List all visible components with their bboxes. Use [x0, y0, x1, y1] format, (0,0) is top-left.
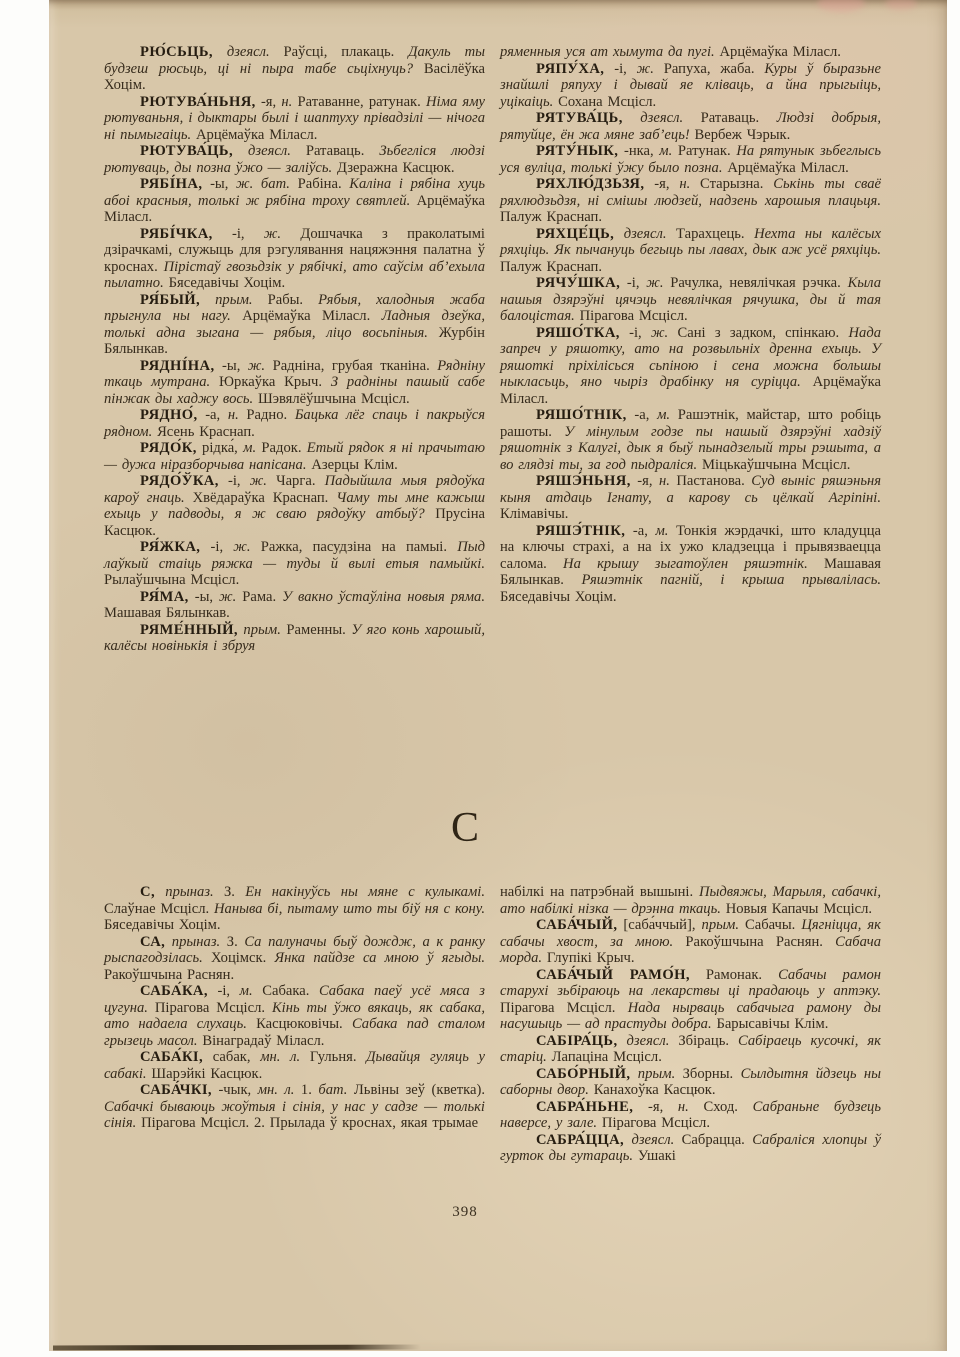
dictionary-entry: РЯШО́ТНІК, -а, м. Рашэтнік, майстар, што… — [500, 407, 881, 473]
italic-segment: м. — [657, 407, 670, 423]
roman-segment: Пірагова Мсцісл. — [597, 1115, 710, 1131]
headword: РЯ́БЫЙ, — [140, 292, 200, 308]
italic-segment: мн. л. — [258, 1082, 295, 1098]
roman-segment: Арцёмаўка Міласл. — [715, 44, 841, 60]
headword: РЮТУВА́ЦЬ, — [140, 143, 233, 159]
roman-segment: Старызна. — [690, 176, 773, 192]
dictionary-entry: РЯДНІ́НА, -ы, ж. Радніна, грубая тканіна… — [104, 358, 485, 408]
roman-segment: Пастанова. — [670, 473, 751, 489]
roman-segment: Ражка, пасудзіна на памыі. — [251, 539, 458, 555]
dictionary-entry: САБА́КА, -і, м. Сабака. Сабака паеў усё … — [104, 983, 485, 1049]
roman-segment: Новыя Капачы Мсцісл. — [721, 901, 872, 917]
italic-segment: ж. — [219, 589, 236, 605]
dictionary-entry: РЯЧУ́ШКА, -і, ж. Рачулка, невялічкая рэч… — [500, 275, 881, 325]
roman-segment: Тарахцець. — [667, 226, 755, 242]
roman-segment: Азерцы Клім. — [306, 457, 397, 473]
headword: РЯБІ́ЧКА, — [140, 226, 213, 242]
headword: РЯЧУ́ШКА, — [536, 275, 620, 291]
paper-smudge — [885, 0, 917, 10]
headword: РЯДНО́, — [140, 407, 198, 423]
roman-segment: З. — [214, 884, 246, 900]
italic-segment: н. — [679, 176, 690, 192]
headword: САБІРА́ЦЬ, — [536, 1033, 618, 1049]
roman-segment: -чык, — [212, 1082, 258, 1098]
roman-segment: Пірагова Мсцісл. — [500, 1000, 628, 1016]
roman-segment: Рабіна. — [290, 176, 349, 192]
roman-segment: Сабрацца. — [674, 1132, 752, 1148]
italic-segment: На крышу зыгатоўлен ряшэтнік. — [563, 556, 808, 572]
roman-segment: Бяседавічы Хоцім. — [500, 589, 617, 605]
roman-segment: Чарга. — [267, 473, 325, 489]
italic-segment: м. — [655, 523, 668, 539]
italic-segment: н. — [228, 407, 239, 423]
headword: САБА́ЧКІ, — [140, 1082, 212, 1098]
headword: САБРА́НЬНЕ, — [536, 1099, 633, 1115]
headword: РЯШО́ТКА, — [536, 325, 620, 341]
italic-segment: дзеясл. — [233, 143, 291, 159]
roman-segment: Палуж Краснап. — [500, 209, 602, 225]
roman-segment: Ракоўшчына Раснян. — [104, 967, 234, 983]
headword: РЯПУ́ХА, — [536, 61, 604, 77]
roman-segment: З. — [220, 934, 244, 950]
bottom-left-column: С, прыназ. З. Ен накінуўсь ны мяне с кул… — [104, 884, 485, 1165]
headword: СА, — [140, 934, 165, 950]
roman-segment: рідка́, — [197, 440, 243, 456]
headword: РЮ́СЬЦЬ, — [140, 44, 213, 60]
roman-segment: Ясень Краснап. — [152, 424, 255, 440]
headword: РЯШЭ́ТНІК, — [536, 523, 625, 539]
italic-segment: ж. — [646, 275, 663, 291]
dictionary-entry: РЯ́БЫЙ, прым. Рабы. Рябыя, халодныя жаба… — [104, 292, 485, 358]
italic-segment: м. — [243, 440, 256, 456]
dictionary-entry: САБА́КІ, сабак, мн. л. Гульня. Дывайця г… — [104, 1049, 485, 1082]
headword: РЯТУВА́ЦЬ, — [536, 110, 623, 126]
roman-segment: Рама. — [236, 589, 282, 605]
dictionary-entry: САБРА́НЬНЕ, -я, н. Сход. Сабраньне будзе… — [500, 1099, 881, 1132]
headword: РЯ́ЖКА, — [140, 539, 200, 555]
top-left-column: РЮ́СЬЦЬ, дзеясл. Раўсці, плакаць. Дакуль… — [104, 44, 485, 655]
italic-segment: прыназ. — [165, 934, 220, 950]
top-section: РЮ́СЬЦЬ, дзеясл. Раўсці, плакаць. Дакуль… — [104, 44, 882, 655]
roman-segment: Ракоўшчына Раснян. — [673, 934, 835, 950]
roman-segment: Львіны зеў (кветка). — [347, 1082, 485, 1098]
page-number: 398 — [76, 1204, 854, 1221]
bottom-right-column: набілкі на патрэбнай вышыні. Пыдвяжы, Ма… — [500, 884, 881, 1165]
roman-segment: Сход. — [689, 1099, 753, 1115]
roman-segment: -я, — [644, 176, 679, 192]
italic-segment: прыназ. — [155, 884, 214, 900]
dictionary-entry: САБА́ЧЫЙ РАМО́Н, Рамонак. Сабачы рамон с… — [500, 967, 881, 1033]
roman-segment: Рылаўшчына Мсцісл. — [104, 572, 239, 588]
italic-segment: Ряшэтнік пагній, і крыша прывалілась. — [581, 572, 881, 588]
headword: РЯДО́ЎКА, — [140, 473, 219, 489]
headword: РЯХЛЮ́ДЗЬЗЯ, — [536, 176, 644, 192]
roman-segment: Рабы. — [253, 292, 319, 308]
roman-segment: -і, — [208, 983, 240, 999]
dictionary-entry: РЯТУВА́ЦЬ, дзеясл. Ратаваць. Людзі добры… — [500, 110, 881, 143]
headword: РЯДО́К, — [140, 440, 197, 456]
dictionary-entry: САБРА́ЦЦА, дзеясл. Сабрацца. Сабраліся х… — [500, 1132, 881, 1165]
dictionary-entry: РЯДО́К, рідка́, м. Радок. Етый рядок я н… — [104, 440, 485, 473]
roman-segment: Збіраць. — [669, 1033, 738, 1049]
roman-segment: Арцёмаўка Міласл. — [722, 160, 848, 176]
roman-segment: -і, — [213, 226, 264, 242]
headword: САБА́КІ, — [140, 1049, 203, 1065]
dictionary-entry: РЯХЛЮ́ДЗЬЗЯ, -я, н. Старызна. Ськінь ты … — [500, 176, 881, 226]
roman-segment: Шарэйкі Касцюк. — [147, 1066, 263, 1082]
roman-segment: -я, — [256, 94, 282, 110]
roman-segment: сабак, — [203, 1049, 260, 1065]
roman-segment: Палуж Краснап. — [500, 259, 602, 275]
roman-segment: Шэвялёўшчына Мсцісл. — [253, 391, 410, 407]
italic-segment: дзеясл. — [213, 44, 270, 60]
dictionary-entry: РЯПУ́ХА, -і, ж. Рапуха, жаба. Куры ў быр… — [500, 61, 881, 111]
dictionary-entry: СА, прыназ. З. Са палуначы быў дождж, а … — [104, 934, 485, 984]
italic-segment: н. — [678, 1099, 689, 1115]
roman-segment: Клімавічы. — [500, 506, 568, 522]
roman-segment: Радно. — [239, 407, 295, 423]
roman-segment: -а, — [198, 407, 228, 423]
roman-segment: Міцькаўшчына Мсцісл. — [697, 457, 850, 473]
entry-continuation: набілкі на патрэбнай вышыні. Пыдвяжы, Ма… — [500, 884, 881, 917]
roman-segment: Юркаўка Крыч. — [210, 374, 331, 390]
top-right-column: ряменныя уся ат хымута да пугі. Арцёмаўк… — [500, 44, 881, 655]
roman-segment: Сабака. — [253, 983, 319, 999]
italic-segment: ж. — [233, 539, 250, 555]
dictionary-entry: РЯШЭ́НЬНЯ, -я, н. Пастанова. Суд выніс р… — [500, 473, 881, 523]
roman-segment: Зборны. — [675, 1066, 740, 1082]
headword: РЯХЦЕ́ЦЬ, — [536, 226, 614, 242]
dictionary-entry: РЯТУ́НЫК, -нка, м. Ратунак. На рятунык з… — [500, 143, 881, 176]
dictionary-entry: РЯМЕ́ННЫЙ, прым. Раменны. У яго конь хар… — [104, 622, 485, 655]
italic-segment: Ен накінуўсь ны мяне с кулыкамі. — [245, 884, 485, 900]
dictionary-entry: РЮ́СЬЦЬ, дзеясл. Раўсці, плакаць. Дакуль… — [104, 44, 485, 94]
roman-segment: Пірагова Мсцісл. — [575, 308, 688, 324]
headword: РЯБІ́НА, — [140, 176, 202, 192]
dictionary-entry: РЯДНО́, -а, н. Радно. Бацька лёг спаць і… — [104, 407, 485, 440]
roman-segment: Хвёдараўка Краснап. — [185, 490, 337, 506]
roman-segment: набілкі на патрэбнай вышыні. — [500, 884, 699, 900]
italic-segment: н. — [281, 94, 292, 110]
dictionary-entry: РЯ́МА, -ы, ж. Рама. У вакно ўстаўліна но… — [104, 589, 485, 622]
italic-segment: прым. — [630, 1066, 675, 1082]
roman-segment: Пірагова Мсцісл. 2. Прылада ў кроснах, я… — [136, 1115, 478, 1131]
roman-segment: Хоцімск. — [203, 950, 275, 966]
roman-segment: Канахоўка Касцюк. — [589, 1082, 716, 1098]
roman-segment: Сані з задком, спінкаю. — [668, 325, 848, 341]
italic-segment: дзеясл. — [624, 1132, 674, 1148]
roman-segment: -і, — [604, 61, 636, 77]
italic-segment: прым. — [702, 917, 739, 933]
roman-segment: -і, — [620, 325, 651, 341]
roman-segment: Глупікі Крыч. — [542, 950, 634, 966]
italic-segment: н. — [659, 473, 670, 489]
italic-segment: м. — [240, 983, 253, 999]
roman-segment: Ратаваць. — [683, 110, 777, 126]
headword: РЯТУ́НЫК, — [536, 143, 618, 159]
italic-segment: бат. — [318, 1082, 347, 1098]
roman-segment: Сабачы. — [739, 917, 801, 933]
roman-segment: Бяседавічы Хоцім. — [104, 917, 221, 933]
italic-segment: дзеясл. — [614, 226, 666, 242]
page-bottom-edge-shadow — [53, 1345, 421, 1351]
dictionary-entry: РЯДО́ЎКА, -і, ж. Чарга. Падыйшла мыя ряд… — [104, 473, 485, 539]
dictionary-entry: РЮТУВА́НЬНЯ, -я, н. Ратаванне, ратунак. … — [104, 94, 485, 144]
italic-segment: ж. бат. — [236, 176, 290, 192]
roman-segment: Дзеражна Касцюк. — [332, 160, 454, 176]
roman-segment: Ратаванне, ратунак. — [292, 94, 426, 110]
dictionary-entry: С, прыназ. З. Ен накінуўсь ны мяне с кул… — [104, 884, 485, 934]
roman-segment: Барысавічы Клім. — [712, 1016, 829, 1032]
entry-continuation: ряменныя уся ат хымута да пугі. Арцёмаўк… — [500, 44, 881, 61]
roman-segment: -і, — [219, 473, 250, 489]
italic-segment: дзеясл. — [618, 1033, 670, 1049]
roman-segment: Бяседавічы Хоцім. — [164, 275, 285, 291]
roman-segment: -я, — [633, 1099, 678, 1115]
roman-segment: Рамонак. — [690, 967, 778, 983]
headword: РЮТУВА́НЬНЯ, — [140, 94, 256, 110]
roman-segment: Рачулка, невялічкая рэчка. — [664, 275, 848, 291]
dictionary-entry: САБО́РНЫЙ, прым. Зборны. Сылдытня йдзець… — [500, 1066, 881, 1099]
headword: РЯДНІ́НА, — [140, 358, 215, 374]
scanned-book-photo: РЮ́СЬЦЬ, дзеясл. Раўсці, плакаць. Дакуль… — [0, 0, 960, 1357]
roman-segment: Радок. — [256, 440, 307, 456]
headword: САБА́ЧЫЙ РАМО́Н, — [536, 967, 690, 983]
headword: САБА́КА, — [140, 983, 208, 999]
headword: САБРА́ЦЦА, — [536, 1132, 624, 1148]
dictionary-entry: РЯХЦЕ́ЦЬ, дзеясл. Тарахцець. Нехта ны ка… — [500, 226, 881, 276]
italic-segment: ж. — [248, 358, 265, 374]
headword: РЯ́МА, — [140, 589, 189, 605]
dictionary-entry: РЯШО́ТКА, -і, ж. Сані з задком, спінкаю.… — [500, 325, 881, 408]
italic-segment: прым. — [238, 622, 281, 638]
italic-segment: ж. — [250, 473, 267, 489]
roman-segment: Лапаціна Мсцісл. — [547, 1049, 662, 1065]
roman-segment: Слаўнае Мсцісл. — [104, 901, 214, 917]
page-content: РЮ́СЬЦЬ, дзеясл. Раўсці, плакаць. Дакуль… — [104, 0, 882, 1351]
roman-segment: Раменны. — [281, 622, 351, 638]
roman-segment: Касцюковічы. — [247, 1016, 352, 1032]
roman-segment: -а, — [627, 407, 657, 423]
section-letter-heading: С — [76, 804, 854, 852]
roman-segment: -нка, — [618, 143, 659, 159]
headword: САБО́РНЫЙ, — [536, 1066, 630, 1082]
roman-segment: 1. — [294, 1082, 318, 1098]
italic-segment: ж. — [637, 61, 654, 77]
roman-segment: Вербеж Чэрык. — [690, 127, 791, 143]
roman-segment: -а, — [625, 523, 655, 539]
headword: РЯМЕ́ННЫЙ, — [140, 622, 238, 638]
dictionary-entry: САБА́ЧЫЙ, [саба́ччый], прым. Сабачы. Цяг… — [500, 917, 881, 967]
roman-segment: Радніна, грубая тканіна. — [265, 358, 437, 374]
italic-segment: прым. — [200, 292, 252, 308]
italic-segment: У вакно ўстаўліна новыя ряма. — [282, 589, 485, 605]
roman-segment: -і, — [200, 539, 233, 555]
roman-segment: Рапуха, жаба. — [654, 61, 764, 77]
dictionary-entry: САБІРА́ЦЬ, дзеясл. Збіраць. Сабіраець ку… — [500, 1033, 881, 1066]
headword: САБА́ЧЫЙ, — [536, 917, 617, 933]
roman-segment: Ратунак. — [672, 143, 736, 159]
dictionary-entry: РЯ́ЖКА, -і, ж. Ражка, пасудзіна на памыі… — [104, 539, 485, 589]
dictionary-entry: РЯБІ́ЧКА, -і, ж. Дошчачка з праколатымі … — [104, 226, 485, 292]
roman-segment: -ы, — [202, 176, 236, 192]
italic-segment: Наныва бі, пытаму што ты біў ня с кону. — [214, 901, 485, 917]
italic-segment: мн. л. — [260, 1049, 300, 1065]
roman-segment: -ы, — [215, 358, 248, 374]
roman-segment: Гульня. — [300, 1049, 366, 1065]
italic-segment: ж. — [264, 226, 281, 242]
roman-segment: -і, — [620, 275, 646, 291]
headword: С, — [140, 884, 155, 900]
roman-segment: Машавая Бялынкав. — [104, 605, 230, 621]
italic-segment: ряменныя уся ат хымута да пугі. — [500, 44, 715, 60]
dictionary-entry: РЯБІ́НА, -ы, ж. бат. Рабіна. Каліна і ря… — [104, 176, 485, 226]
italic-segment: Янка пайдзе са мною ў ягыды. — [275, 950, 486, 966]
dictionary-entry: РЯШЭ́ТНІК, -а, м. Тонкія жэрдачкі, што к… — [500, 523, 881, 606]
italic-segment: ж. — [651, 325, 668, 341]
roman-segment: -ы, — [189, 589, 219, 605]
roman-segment: Ратаваць. — [291, 143, 380, 159]
roman-segment: Вінаградаў Міласл. — [198, 1033, 325, 1049]
roman-segment: Раўсці, плакаць. — [270, 44, 409, 60]
roman-segment: [саба́ччый], — [617, 917, 701, 933]
book-page: РЮ́СЬЦЬ, дзеясл. Раўсці, плакаць. Дакуль… — [49, 0, 947, 1351]
roman-segment: -я, — [631, 473, 659, 489]
headword: РЯШО́ТНІК, — [536, 407, 627, 423]
dictionary-entry: САБА́ЧКІ, -чык, мн. л. 1. бат. Львіны зе… — [104, 1082, 485, 1132]
roman-segment: Арцёмаўка Міласл. — [191, 127, 317, 143]
roman-segment: Сохана Мсцісл. — [553, 94, 656, 110]
roman-segment: Арцёмаўка Міласл. — [231, 308, 382, 324]
headword: РЯШЭ́НЬНЯ, — [536, 473, 631, 489]
italic-segment: м. — [659, 143, 672, 159]
italic-segment: дзеясл. — [623, 110, 683, 126]
dictionary-entry: РЮТУВА́ЦЬ, дзеясл. Ратаваць. Зьбегліся л… — [104, 143, 485, 176]
roman-segment: Ушакі — [633, 1148, 676, 1164]
roman-segment: Пірагова Мсцісл. — [148, 1000, 272, 1016]
bottom-section: С, прыназ. З. Ен накінуўсь ны мяне с кул… — [104, 884, 882, 1165]
